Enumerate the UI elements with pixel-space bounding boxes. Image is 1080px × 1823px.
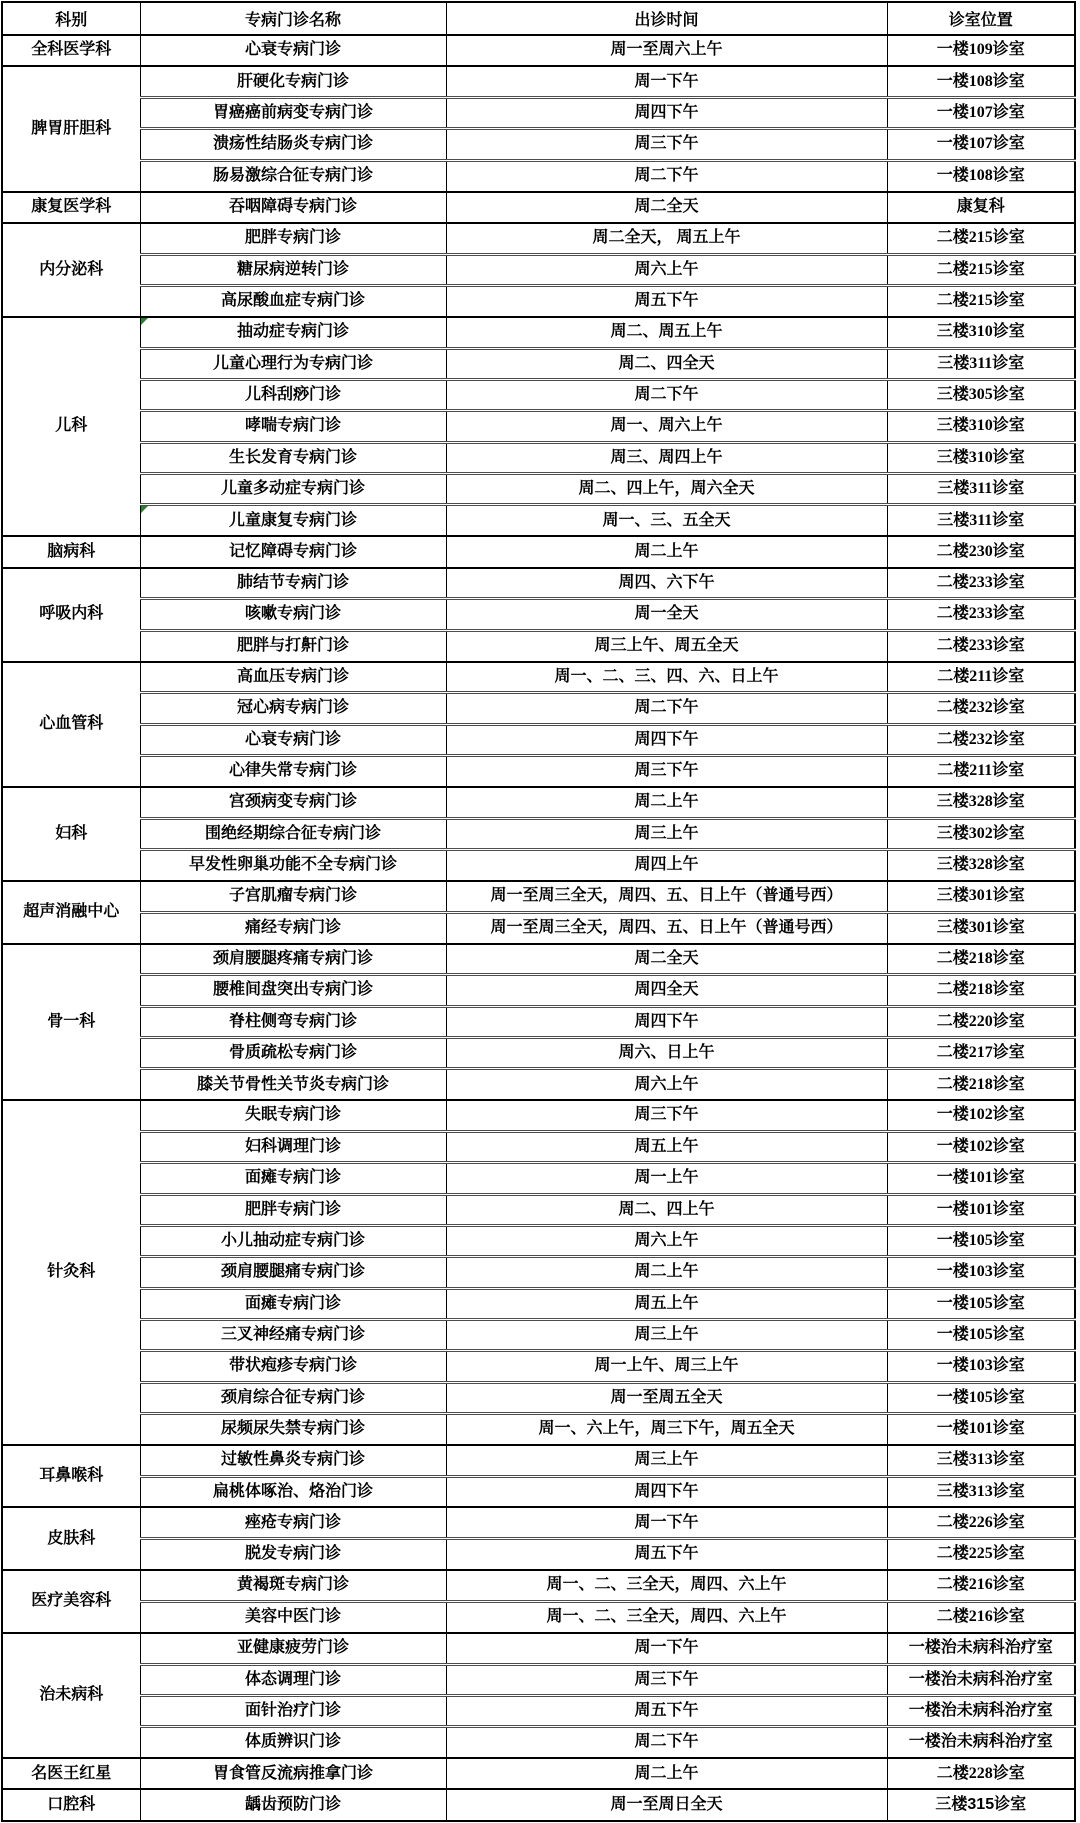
table-row: 早发性卵巢功能不全专病门诊周四上午三楼328诊室	[2, 850, 1075, 881]
schedule-time-cell: 周四下午	[446, 1006, 887, 1037]
schedule-time-cell: 周一至周五全天	[446, 1382, 887, 1413]
room-cell: 二楼215诊室	[887, 286, 1075, 317]
room-cell: 二楼211诊室	[887, 756, 1075, 787]
dept-cell: 口腔科	[2, 1789, 140, 1821]
clinic-name-cell: 早发性卵巢功能不全专病门诊	[140, 850, 446, 881]
dept-cell: 心血管科	[2, 662, 140, 787]
schedule-time-cell: 周二上午	[446, 1758, 887, 1789]
schedule-time-cell: 周五下午	[446, 286, 887, 317]
header-row: 科别 专病门诊名称 出诊时间 诊室位置	[2, 2, 1075, 35]
room-cell: 二楼232诊室	[887, 724, 1075, 755]
clinic-name-cell: 三叉神经痛专病门诊	[140, 1319, 446, 1350]
green-corner-marker-icon	[141, 318, 148, 325]
schedule-time-cell: 周二下午	[446, 380, 887, 411]
schedule-time-cell: 周二上午	[446, 536, 887, 567]
table-row: 咳嗽专病门诊周一全天二楼233诊室	[2, 599, 1075, 630]
clinic-name-cell: 脱发专病门诊	[140, 1539, 446, 1570]
dept-cell: 儿科	[2, 317, 140, 536]
table-row: 小儿抽动症专病门诊周六上午一楼105诊室	[2, 1225, 1075, 1256]
room-cell: 三楼313诊室	[887, 1445, 1075, 1476]
table-row: 内分泌科肥胖专病门诊周二全天， 周五上午二楼215诊室	[2, 223, 1075, 254]
table-row: 超声消融中心子宫肌瘤专病门诊周一至周三全天，周四、五、日上午（普通号西）三楼30…	[2, 881, 1075, 912]
schedule-time-cell: 周五上午	[446, 1288, 887, 1319]
schedule-time-cell: 周一、六上午，周三下午，周五全天	[446, 1413, 887, 1444]
schedule-time-cell: 周一至周六上午	[446, 35, 887, 66]
clinic-name-cell: 亚健康疲劳门诊	[140, 1633, 446, 1664]
room-cell: 三楼328诊室	[887, 850, 1075, 881]
clinic-name-cell: 高血压专病门诊	[140, 662, 446, 693]
room-cell: 二楼215诊室	[887, 254, 1075, 285]
room-cell: 一楼101诊室	[887, 1163, 1075, 1194]
table-row: 尿频尿失禁专病门诊周一、六上午，周三下午，周五全天一楼101诊室	[2, 1413, 1075, 1444]
room-cell: 一楼105诊室	[887, 1288, 1075, 1319]
clinic-name-cell: 儿科刮痧门诊	[140, 380, 446, 411]
room-cell: 一楼109诊室	[887, 35, 1075, 66]
table-row: 体态调理门诊周三下午一楼治未病科治疗室	[2, 1664, 1075, 1695]
schedule-time-cell: 周一下午	[446, 66, 887, 97]
clinic-name-cell: 痛经专病门诊	[140, 912, 446, 943]
schedule-time-cell: 周一、二、三、四、六、日上午	[446, 662, 887, 693]
clinic-name-cell: 扁桃体啄治、烙治门诊	[140, 1476, 446, 1507]
room-cell: 二楼233诊室	[887, 599, 1075, 630]
table-row: 生长发育专病门诊周三、周四上午三楼310诊室	[2, 442, 1075, 473]
room-cell: 一楼108诊室	[887, 66, 1075, 97]
room-cell: 三楼301诊室	[887, 912, 1075, 943]
room-cell: 三楼310诊室	[887, 411, 1075, 442]
table-row: 儿童多动症专病门诊周二、四上午，周六全天三楼311诊室	[2, 474, 1075, 505]
room-cell: 二楼215诊室	[887, 223, 1075, 254]
table-row: 针灸科失眠专病门诊周三下午一楼102诊室	[2, 1100, 1075, 1131]
clinic-name-cell: 吞咽障碍专病门诊	[140, 192, 446, 223]
clinic-name-cell: 心衰专病门诊	[140, 724, 446, 755]
schedule-time-cell: 周二全天， 周五上午	[446, 223, 887, 254]
dept-cell: 超声消融中心	[2, 881, 140, 944]
table-row: 三叉神经痛专病门诊周三上午一楼105诊室	[2, 1319, 1075, 1350]
clinic-name-cell: 肥胖与打鼾门诊	[140, 630, 446, 661]
table-row: 骨质疏松专病门诊周六、日上午二楼217诊室	[2, 1038, 1075, 1069]
clinic-name-cell: 失眠专病门诊	[140, 1100, 446, 1131]
schedule-time-cell: 周五上午	[446, 1131, 887, 1162]
table-row: 心律失常专病门诊周三下午二楼211诊室	[2, 756, 1075, 787]
table-row: 脑病科记忆障碍专病门诊周二上午二楼230诊室	[2, 536, 1075, 567]
table-row: 治未病科亚健康疲劳门诊周一下午一楼治未病科治疗室	[2, 1633, 1075, 1664]
schedule-time-cell: 周三下午	[446, 1664, 887, 1695]
clinic-name-cell: 心律失常专病门诊	[140, 756, 446, 787]
table-row: 儿科刮痧门诊周二下午三楼305诊室	[2, 380, 1075, 411]
table-row: 康复医学科吞咽障碍专病门诊周二全天康复科	[2, 192, 1075, 223]
room-cell: 二楼233诊室	[887, 568, 1075, 599]
table-row: 医疗美容科黄褐斑专病门诊周一、二、三全天，周四、六上午二楼216诊室	[2, 1570, 1075, 1601]
room-cell: 二楼232诊室	[887, 693, 1075, 724]
room-cell: 三楼328诊室	[887, 787, 1075, 818]
schedule-time-cell: 周三上午	[446, 1319, 887, 1350]
room-cell: 二楼230诊室	[887, 536, 1075, 567]
schedule-time-cell: 周一至周日全天	[446, 1789, 887, 1821]
green-corner-marker-icon	[141, 506, 148, 513]
clinic-name-cell: 痤疮专病门诊	[140, 1507, 446, 1538]
table-row: 体质辨识门诊周二下午一楼治未病科治疗室	[2, 1727, 1075, 1758]
room-cell: 二楼211诊室	[887, 662, 1075, 693]
dept-cell: 脾胃肝胆科	[2, 66, 140, 191]
dept-cell: 内分泌科	[2, 223, 140, 317]
schedule-time-cell: 周一下午	[446, 1507, 887, 1538]
clinic-name-cell: 小儿抽动症专病门诊	[140, 1225, 446, 1256]
table-row: 儿童心理行为专病门诊周二、四全天三楼311诊室	[2, 348, 1075, 379]
table-row: 膝关节骨性关节炎专病门诊周六上午二楼218诊室	[2, 1069, 1075, 1100]
dept-cell: 针灸科	[2, 1100, 140, 1445]
table-row: 高尿酸血症专病门诊周五下午二楼215诊室	[2, 286, 1075, 317]
room-cell: 一楼治未病科治疗室	[887, 1727, 1075, 1758]
clinic-name-cell: 抽动症专病门诊	[140, 317, 446, 348]
schedule-time-cell: 周五下午	[446, 1695, 887, 1726]
room-cell: 三楼310诊室	[887, 442, 1075, 473]
clinic-name-cell: 妇科调理门诊	[140, 1131, 446, 1162]
schedule-time-cell: 周一、三、五全天	[446, 505, 887, 536]
schedule-time-cell: 周四下午	[446, 1476, 887, 1507]
room-cell: 二楼226诊室	[887, 1507, 1075, 1538]
schedule-time-cell: 周二下午	[446, 1727, 887, 1758]
room-cell: 一楼105诊室	[887, 1319, 1075, 1350]
header-schedule-time: 出诊时间	[446, 2, 887, 35]
table-row: 耳鼻喉科过敏性鼻炎专病门诊周三上午三楼313诊室	[2, 1445, 1075, 1476]
table-row: 腰椎间盘突出专病门诊周四全天二楼218诊室	[2, 975, 1075, 1006]
schedule-time-cell: 周二上午	[446, 787, 887, 818]
table-row: 溃疡性结肠炎专病门诊周三下午一楼107诊室	[2, 129, 1075, 160]
room-cell: 一楼107诊室	[887, 98, 1075, 129]
room-cell: 三楼310诊室	[887, 317, 1075, 348]
schedule-time-cell: 周一、二、三全天，周四、六上午	[446, 1570, 887, 1601]
clinic-name-cell: 儿童康复专病门诊	[140, 505, 446, 536]
table-row: 皮肤科痤疮专病门诊周一下午二楼226诊室	[2, 1507, 1075, 1538]
room-cell: 三楼313诊室	[887, 1476, 1075, 1507]
schedule-time-cell: 周四、六下午	[446, 568, 887, 599]
table-row: 颈肩腰腿痛专病门诊周二上午一楼103诊室	[2, 1257, 1075, 1288]
clinic-name-cell: 肝硬化专病门诊	[140, 66, 446, 97]
schedule-time-cell: 周四全天	[446, 975, 887, 1006]
room-cell: 二楼228诊室	[887, 1758, 1075, 1789]
clinic-name-cell: 面瘫专病门诊	[140, 1288, 446, 1319]
table-row: 全科医学科心衰专病门诊周一至周六上午一楼109诊室	[2, 35, 1075, 66]
clinic-name-cell: 生长发育专病门诊	[140, 442, 446, 473]
dept-cell: 康复医学科	[2, 192, 140, 223]
room-cell: 三楼301诊室	[887, 881, 1075, 912]
room-cell: 一楼治未病科治疗室	[887, 1633, 1075, 1664]
clinic-name-cell: 咳嗽专病门诊	[140, 599, 446, 630]
schedule-time-cell: 周二全天	[446, 192, 887, 223]
header-dept: 科别	[2, 2, 140, 35]
room-cell: 二楼216诊室	[887, 1570, 1075, 1601]
room-cell: 三楼315诊室	[887, 1789, 1075, 1821]
schedule-time-cell: 周一上午	[446, 1163, 887, 1194]
schedule-time-cell: 周三上午、周五全天	[446, 630, 887, 661]
clinic-name-cell: 美容中医门诊	[140, 1601, 446, 1632]
schedule-time-cell: 周一至周三全天，周四、五、日上午（普通号西）	[446, 881, 887, 912]
schedule-time-cell: 周四下午	[446, 98, 887, 129]
schedule-time-cell: 周一至周三全天，周四、五、日上午（普通号西）	[446, 912, 887, 943]
schedule-time-cell: 周五下午	[446, 1539, 887, 1570]
clinic-name-cell: 高尿酸血症专病门诊	[140, 286, 446, 317]
clinic-name-cell: 脊柱侧弯专病门诊	[140, 1006, 446, 1037]
clinic-name-cell: 儿童心理行为专病门诊	[140, 348, 446, 379]
schedule-time-cell: 周四下午	[446, 724, 887, 755]
table-row: 心血管科高血压专病门诊周一、二、三、四、六、日上午二楼211诊室	[2, 662, 1075, 693]
schedule-time-cell: 周三下午	[446, 756, 887, 787]
schedule-time-cell: 周二上午	[446, 1257, 887, 1288]
room-cell: 二楼218诊室	[887, 975, 1075, 1006]
table-row: 面瘫专病门诊周一上午一楼101诊室	[2, 1163, 1075, 1194]
schedule-time-cell: 周二下午	[446, 160, 887, 191]
clinic-name-cell: 黄褐斑专病门诊	[140, 1570, 446, 1601]
clinic-name-cell: 围绝经期综合征专病门诊	[140, 818, 446, 849]
room-cell: 一楼103诊室	[887, 1257, 1075, 1288]
schedule-time-cell: 周一上午、周三上午	[446, 1351, 887, 1382]
clinic-name-cell: 膝关节骨性关节炎专病门诊	[140, 1069, 446, 1100]
schedule-time-cell: 周六上午	[446, 254, 887, 285]
clinic-name-cell: 肥胖专病门诊	[140, 1194, 446, 1225]
table-row: 哮喘专病门诊周一、周六上午三楼310诊室	[2, 411, 1075, 442]
clinic-name-cell: 体质辨识门诊	[140, 1727, 446, 1758]
clinic-name-cell: 颈肩腰腿痛专病门诊	[140, 1257, 446, 1288]
room-cell: 一楼107诊室	[887, 129, 1075, 160]
clinic-name-cell: 子宫肌瘤专病门诊	[140, 881, 446, 912]
table-row: 肠易激综合征专病门诊周二下午一楼108诊室	[2, 160, 1075, 191]
clinic-schedule-sheet: 科别 专病门诊名称 出诊时间 诊室位置 全科医学科心衰专病门诊周一至周六上午一楼…	[0, 0, 1080, 1823]
room-cell: 三楼305诊室	[887, 380, 1075, 411]
dept-cell: 治未病科	[2, 1633, 140, 1758]
schedule-time-cell: 周二、四全天	[446, 348, 887, 379]
table-row: 痛经专病门诊周一至周三全天，周四、五、日上午（普通号西）三楼301诊室	[2, 912, 1075, 943]
clinic-schedule-table: 科别 专病门诊名称 出诊时间 诊室位置 全科医学科心衰专病门诊周一至周六上午一楼…	[1, 1, 1076, 1822]
schedule-time-cell: 周一全天	[446, 599, 887, 630]
table-row: 儿科抽动症专病门诊周二、周五上午三楼310诊室	[2, 317, 1075, 348]
dept-cell: 全科医学科	[2, 35, 140, 66]
clinic-name-cell: 胃癌癌前病变专病门诊	[140, 98, 446, 129]
room-cell: 二楼225诊室	[887, 1539, 1075, 1570]
schedule-time-cell: 周二全天	[446, 944, 887, 975]
table-row: 呼吸内科肺结节专病门诊周四、六下午二楼233诊室	[2, 568, 1075, 599]
clinic-name-cell: 过敏性鼻炎专病门诊	[140, 1445, 446, 1476]
table-row: 面瘫专病门诊周五上午一楼105诊室	[2, 1288, 1075, 1319]
table-row: 脱发专病门诊周五下午二楼225诊室	[2, 1539, 1075, 1570]
clinic-name-cell: 颈肩腰腿疼痛专病门诊	[140, 944, 446, 975]
clinic-name-cell: 骨质疏松专病门诊	[140, 1038, 446, 1069]
schedule-time-cell: 周六上午	[446, 1225, 887, 1256]
room-cell: 一楼治未病科治疗室	[887, 1695, 1075, 1726]
table-row: 脾胃肝胆科肝硬化专病门诊周一下午一楼108诊室	[2, 66, 1075, 97]
table-row: 扁桃体啄治、烙治门诊周四下午三楼313诊室	[2, 1476, 1075, 1507]
schedule-time-cell: 周三上午	[446, 818, 887, 849]
clinic-name-cell: 溃疡性结肠炎专病门诊	[140, 129, 446, 160]
dept-cell: 皮肤科	[2, 1507, 140, 1570]
room-cell: 一楼101诊室	[887, 1194, 1075, 1225]
room-cell: 一楼治未病科治疗室	[887, 1664, 1075, 1695]
table-row: 面针治疗门诊周五下午一楼治未病科治疗室	[2, 1695, 1075, 1726]
clinic-name-cell: 面瘫专病门诊	[140, 1163, 446, 1194]
schedule-time-cell: 周三下午	[446, 1100, 887, 1131]
table-row: 名医王红星胃食管反流病推拿门诊周二上午二楼228诊室	[2, 1758, 1075, 1789]
table-row: 颈肩综合征专病门诊周一至周五全天一楼105诊室	[2, 1382, 1075, 1413]
clinic-name-cell: 心衰专病门诊	[140, 35, 446, 66]
clinic-name-cell: 颈肩综合征专病门诊	[140, 1382, 446, 1413]
clinic-name-cell: 腰椎间盘突出专病门诊	[140, 975, 446, 1006]
table-row: 糖尿病逆转门诊周六上午二楼215诊室	[2, 254, 1075, 285]
clinic-name-cell: 儿童多动症专病门诊	[140, 474, 446, 505]
room-cell: 一楼102诊室	[887, 1131, 1075, 1162]
schedule-time-cell: 周二、周五上午	[446, 317, 887, 348]
room-cell: 三楼311诊室	[887, 505, 1075, 536]
schedule-time-cell: 周六上午	[446, 1069, 887, 1100]
table-row: 美容中医门诊周一、二、三全天，周四、六上午二楼216诊室	[2, 1601, 1075, 1632]
header-room: 诊室位置	[887, 2, 1075, 35]
clinic-name-cell: 肠易激综合征专病门诊	[140, 160, 446, 191]
table-row: 脊柱侧弯专病门诊周四下午二楼220诊室	[2, 1006, 1075, 1037]
table-row: 肥胖专病门诊周二、四上午一楼101诊室	[2, 1194, 1075, 1225]
table-row: 骨一科颈肩腰腿疼痛专病门诊周二全天二楼218诊室	[2, 944, 1075, 975]
dept-cell: 医疗美容科	[2, 1570, 140, 1633]
room-cell: 二楼220诊室	[887, 1006, 1075, 1037]
clinic-name-cell: 胃食管反流病推拿门诊	[140, 1758, 446, 1789]
schedule-time-cell: 周一、周六上午	[446, 411, 887, 442]
clinic-name-cell: 面针治疗门诊	[140, 1695, 446, 1726]
room-cell: 二楼218诊室	[887, 1069, 1075, 1100]
room-cell: 三楼311诊室	[887, 474, 1075, 505]
table-row: 妇科调理门诊周五上午一楼102诊室	[2, 1131, 1075, 1162]
dept-cell: 呼吸内科	[2, 568, 140, 662]
dept-cell: 名医王红星	[2, 1758, 140, 1789]
clinic-name-cell: 体态调理门诊	[140, 1664, 446, 1695]
table-row: 围绝经期综合征专病门诊周三上午三楼302诊室	[2, 818, 1075, 849]
dept-cell: 骨一科	[2, 944, 140, 1101]
table-row: 心衰专病门诊周四下午二楼232诊室	[2, 724, 1075, 755]
room-cell: 一楼101诊室	[887, 1413, 1075, 1444]
room-cell: 一楼105诊室	[887, 1382, 1075, 1413]
schedule-time-cell: 周三上午	[446, 1445, 887, 1476]
table-row: 肥胖与打鼾门诊周三上午、周五全天二楼233诊室	[2, 630, 1075, 661]
room-cell: 二楼233诊室	[887, 630, 1075, 661]
schedule-time-cell: 周二下午	[446, 693, 887, 724]
room-cell: 三楼302诊室	[887, 818, 1075, 849]
room-cell: 二楼217诊室	[887, 1038, 1075, 1069]
room-cell: 一楼102诊室	[887, 1100, 1075, 1131]
schedule-time-cell: 周一、二、三全天，周四、六上午	[446, 1601, 887, 1632]
schedule-time-cell: 周二、四上午，周六全天	[446, 474, 887, 505]
clinic-name-cell: 龋齿预防门诊	[140, 1789, 446, 1821]
dept-cell: 脑病科	[2, 536, 140, 567]
clinic-name-cell: 尿频尿失禁专病门诊	[140, 1413, 446, 1444]
room-cell: 一楼103诊室	[887, 1351, 1075, 1382]
dept-cell: 耳鼻喉科	[2, 1445, 140, 1508]
clinic-name-cell: 宫颈病变专病门诊	[140, 787, 446, 818]
table-row: 冠心病专病门诊周二下午二楼232诊室	[2, 693, 1075, 724]
room-cell: 二楼216诊室	[887, 1601, 1075, 1632]
schedule-time-cell: 周一下午	[446, 1633, 887, 1664]
schedule-time-cell: 周六、日上午	[446, 1038, 887, 1069]
schedule-time-cell: 周二、四上午	[446, 1194, 887, 1225]
clinic-name-cell: 冠心病专病门诊	[140, 693, 446, 724]
header-clinic-name: 专病门诊名称	[140, 2, 446, 35]
table-row: 口腔科龋齿预防门诊周一至周日全天三楼315诊室	[2, 1789, 1075, 1821]
room-cell: 一楼108诊室	[887, 160, 1075, 191]
clinic-name-cell: 肺结节专病门诊	[140, 568, 446, 599]
clinic-name-cell: 哮喘专病门诊	[140, 411, 446, 442]
table-row: 带状疱疹专病门诊周一上午、周三上午一楼103诊室	[2, 1351, 1075, 1382]
table-row: 胃癌癌前病变专病门诊周四下午一楼107诊室	[2, 98, 1075, 129]
schedule-time-cell: 周四上午	[446, 850, 887, 881]
table-row: 儿童康复专病门诊周一、三、五全天三楼311诊室	[2, 505, 1075, 536]
schedule-time-cell: 周三下午	[446, 129, 887, 160]
clinic-name-cell: 带状疱疹专病门诊	[140, 1351, 446, 1382]
room-cell: 康复科	[887, 192, 1075, 223]
room-cell: 二楼218诊室	[887, 944, 1075, 975]
clinic-name-cell: 肥胖专病门诊	[140, 223, 446, 254]
table-row: 妇科宫颈病变专病门诊周二上午三楼328诊室	[2, 787, 1075, 818]
clinic-name-cell: 记忆障碍专病门诊	[140, 536, 446, 567]
room-cell: 三楼311诊室	[887, 348, 1075, 379]
clinic-name-cell: 糖尿病逆转门诊	[140, 254, 446, 285]
room-cell: 一楼105诊室	[887, 1225, 1075, 1256]
dept-cell: 妇科	[2, 787, 140, 881]
schedule-time-cell: 周三、周四上午	[446, 442, 887, 473]
